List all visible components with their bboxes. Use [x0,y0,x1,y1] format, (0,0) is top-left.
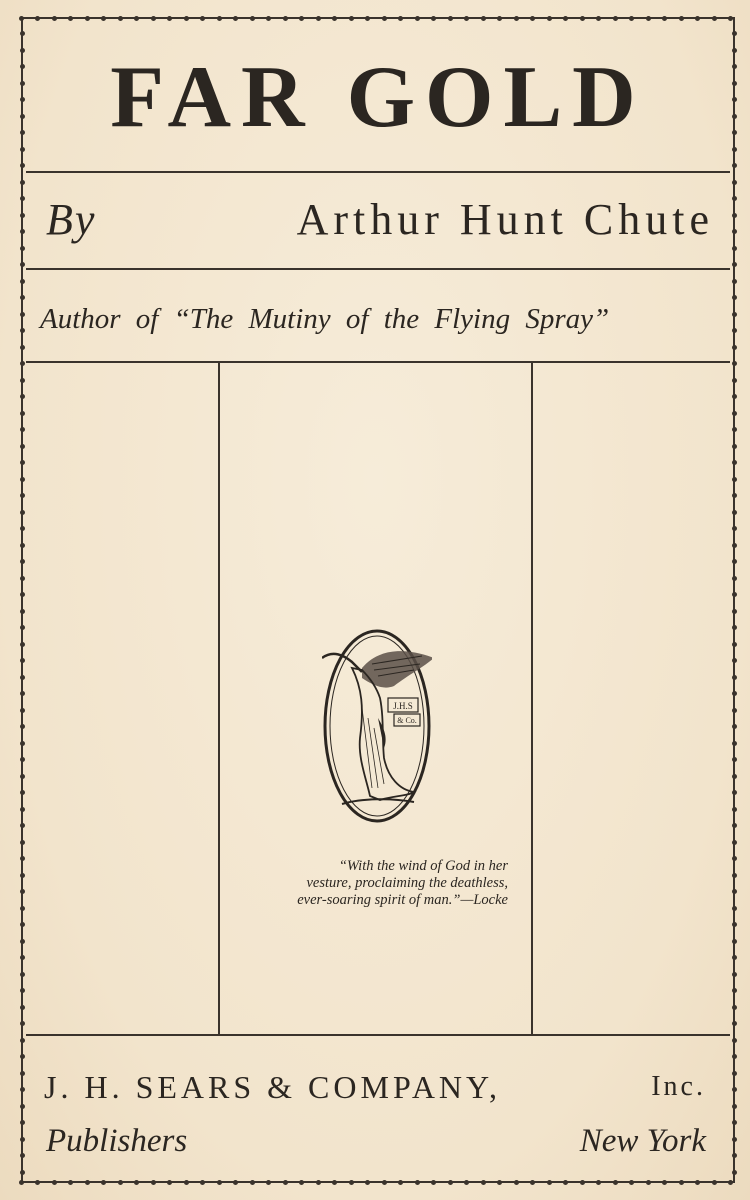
border-bead [732,1104,737,1109]
border-bead [20,493,25,498]
border-bead [20,1153,25,1158]
winged-victory-icon: J.H.S & Co. [322,628,432,824]
border-bead [695,16,700,21]
border-bead [712,1180,717,1185]
border-bead [732,625,737,630]
border-bead [20,31,25,36]
border-bead [250,16,255,21]
border-bead [365,1180,370,1185]
border-bead [217,16,222,21]
border-bead [20,427,25,432]
rule-under-byline [26,268,730,270]
border-bead [732,64,737,69]
border-bead [732,97,737,102]
border-bead [151,16,156,21]
border-bead [481,1180,486,1185]
border-bead [217,1180,222,1185]
border-bead [514,1180,519,1185]
border-bead [732,526,737,531]
border-bead [20,543,25,548]
border-bead [646,16,651,21]
border-bead [732,1005,737,1010]
border-bead [732,361,737,366]
border-bead [732,493,737,498]
border-bead [20,411,25,416]
border-bead [580,1180,585,1185]
border-bead [299,1180,304,1185]
border-bead [732,444,737,449]
border-bead [732,1087,737,1092]
border-bead [20,1054,25,1059]
border-bead [732,873,737,878]
border-bead [20,873,25,878]
border-bead [20,147,25,152]
byline: By Arthur Hunt Chute [46,190,714,250]
border-bead [266,1180,271,1185]
border-bead [20,361,25,366]
border-bead [20,856,25,861]
border-bead [497,1180,502,1185]
border-bead [613,16,618,21]
border-bead [20,64,25,69]
border-bead [233,16,238,21]
border-bead [20,625,25,630]
border-bead [728,1180,733,1185]
border-bead [695,1180,700,1185]
epigraph-line-1: “With the wind of God in her [236,858,508,875]
rule-above-panel [26,361,730,363]
border-bead [299,16,304,21]
border-bead [20,213,25,218]
epigraph-line-2: vesture, proclaiming the deathless, [236,875,508,892]
border-bead [629,16,634,21]
border-bead [134,16,139,21]
border-bead [20,840,25,845]
border-bead [20,955,25,960]
border-bead [52,16,57,21]
publisher-role: Publishers [46,1115,187,1167]
border-bead [613,1180,618,1185]
border-bead [732,31,737,36]
border-bead [20,691,25,696]
border-bead [20,922,25,927]
epigraph: “With the wind of God in her vesture, pr… [236,858,508,909]
border-bead [167,1180,172,1185]
border-bead [646,1180,651,1185]
border-bead [732,510,737,515]
border-bead [732,675,737,680]
border-bead [118,16,123,21]
border-bead [20,757,25,762]
border-bead [20,180,25,185]
border-bead [732,180,737,185]
svg-text:& Co.: & Co. [397,716,417,725]
border-bead [20,196,25,201]
publisher-company: J. H. SEARS & COMPANY, [44,1063,501,1111]
border-bead [20,526,25,531]
border-bead [732,1170,737,1175]
border-bead [732,972,737,977]
border-bead [20,262,25,267]
border-bead [732,196,737,201]
border-bead [52,1180,57,1185]
border-bead [732,691,737,696]
publisher-name: J. H. SEARS & COMPANY, Inc. [44,1063,706,1111]
svg-text:J.H.S: J.H.S [393,701,413,711]
border-bead [732,708,737,713]
border-bead [20,741,25,746]
border-bead [20,163,25,168]
border-bead [448,1180,453,1185]
border-bead [732,427,737,432]
border-bead [732,477,737,482]
border-bead [732,807,737,812]
border-bead [184,16,189,21]
border-bead [266,16,271,21]
border-bead [20,477,25,482]
border-bead [732,823,737,828]
border-bottom [21,1181,735,1183]
panel-rule-right [531,362,533,1034]
border-bead [85,16,90,21]
border-bead [732,81,737,86]
border-bead [19,16,24,21]
border-bead [332,1180,337,1185]
border-bead [349,1180,354,1185]
border-bead [283,16,288,21]
border-bead [732,774,737,779]
border-bead [35,1180,40,1185]
border-bead [316,16,321,21]
border-bead [464,16,469,21]
border-bead [20,724,25,729]
border-bead [20,1071,25,1076]
epigraph-line-3: ever-soaring spirit of man.”—Locke [236,892,508,909]
border-bead [20,592,25,597]
border-bead [200,16,205,21]
border-bead [732,1137,737,1142]
border-bead [732,856,737,861]
border-bead [732,757,737,762]
border-bead [415,1180,420,1185]
border-bead [415,16,420,21]
border-bead [200,1180,205,1185]
title-page: FAR GOLD By Arthur Hunt Chute Author of … [0,0,750,1200]
border-bead [732,279,737,284]
border-bead [20,81,25,86]
border-bead [20,1137,25,1142]
border-bead [118,1180,123,1185]
border-bead [20,328,25,333]
border-bead [431,16,436,21]
border-bead [712,16,717,21]
imprint-place-row: Publishers New York [46,1115,706,1167]
border-bead [728,16,733,21]
previous-work: Author of “The Mutiny of the Flying Spra… [40,294,714,344]
border-bead [20,609,25,614]
border-bead [563,16,568,21]
border-bead [398,1180,403,1185]
border-bead [20,312,25,317]
border-bead [20,97,25,102]
border-bead [365,16,370,21]
border-bead [732,988,737,993]
border-bead [732,889,737,894]
border-bead [679,1180,684,1185]
border-bead [732,1153,737,1158]
border-bead [732,328,737,333]
border-bead [464,1180,469,1185]
border-bead [20,510,25,515]
border-bead [101,1180,106,1185]
border-bead [20,823,25,828]
border-bead [732,559,737,564]
border-bead [732,147,737,152]
border-bead [732,213,737,218]
border-bead [732,1021,737,1026]
border-bead [732,955,737,960]
border-bead [732,246,737,251]
border-bead [732,48,737,53]
border-bead [233,1180,238,1185]
border-bead [316,1180,321,1185]
border-bead [20,295,25,300]
border-bead [732,922,737,927]
border-bead [349,16,354,21]
border-bead [732,592,737,597]
border-bead [20,790,25,795]
border-bead [732,1071,737,1076]
border-top [21,17,735,19]
border-bead [732,1038,737,1043]
border-bead [732,130,737,135]
border-bead [20,559,25,564]
border-bead [662,1180,667,1185]
publisher-suffix: Inc. [651,1063,706,1111]
rule-under-title [26,171,730,173]
border-bead [85,1180,90,1185]
border-bead [732,840,737,845]
border-bead [20,345,25,350]
border-bead [151,1180,156,1185]
border-bead [732,295,737,300]
border-bead [732,609,737,614]
border-bead [20,130,25,135]
border-bead [101,16,106,21]
publisher-emblem: J.H.S & Co. [322,628,432,824]
border-bead [629,1180,634,1185]
border-bead [732,411,737,416]
border-bead [662,16,667,21]
border-bead [382,16,387,21]
border-bead [19,1180,24,1185]
border-bead [20,972,25,977]
border-bead [732,724,737,729]
border-bead [398,16,403,21]
border-bead [732,394,737,399]
panel-rule-left [218,362,220,1034]
border-bead [20,1005,25,1010]
border-bead [732,345,737,350]
border-bead [563,1180,568,1185]
border-bead [20,576,25,581]
border-bead [68,16,73,21]
border-bead [481,16,486,21]
publisher-city: New York [580,1115,706,1167]
border-bead [547,16,552,21]
border-bead [20,988,25,993]
border-bead [382,1180,387,1185]
border-bead [732,906,737,911]
border-bead [20,394,25,399]
border-bead [20,444,25,449]
border-bead [20,1120,25,1125]
border-bead [35,16,40,21]
border-bead [20,774,25,779]
border-bead [20,229,25,234]
border-bead [732,741,737,746]
border-bead [20,807,25,812]
border-bead [732,543,737,548]
border-bead [20,279,25,284]
border-bead [134,1180,139,1185]
byline-prefix: By [46,190,96,250]
author-name: Arthur Hunt Chute [297,190,714,250]
book-title: FAR GOLD [26,48,730,148]
border-bead [732,1054,737,1059]
border-bead [20,48,25,53]
border-bead [596,16,601,21]
border-bead [514,16,519,21]
border-bead [68,1180,73,1185]
border-bead [732,312,737,317]
border-bead [431,1180,436,1185]
border-bead [732,1120,737,1125]
border-bead [20,1104,25,1109]
border-bead [20,658,25,663]
border-bead [20,1170,25,1175]
border-bead [530,16,535,21]
border-bead [20,1087,25,1092]
border-bead [184,1180,189,1185]
border-bead [20,906,25,911]
border-bead [20,114,25,119]
border-bead [732,658,737,663]
border-bead [596,1180,601,1185]
border-bead [448,16,453,21]
border-bead [20,939,25,944]
border-bead [20,1021,25,1026]
border-bead [732,460,737,465]
border-bead [547,1180,552,1185]
border-bead [732,576,737,581]
border-bead [732,163,737,168]
border-bead [20,708,25,713]
border-bead [679,16,684,21]
border-bead [580,16,585,21]
border-bead [732,939,737,944]
border-bead [530,1180,535,1185]
border-bead [283,1180,288,1185]
border-bead [167,16,172,21]
border-bead [250,1180,255,1185]
border-bead [732,378,737,383]
border-bead [20,246,25,251]
border-bead [20,642,25,647]
border-bead [732,642,737,647]
rule-above-imprint [26,1034,730,1036]
border-bead [20,889,25,894]
border-bead [732,114,737,119]
border-bead [332,16,337,21]
border-bead [20,675,25,680]
border-bead [20,460,25,465]
border-bead [20,1038,25,1043]
border-bead [20,378,25,383]
border-bead [732,790,737,795]
border-bead [732,229,737,234]
border-bead [497,16,502,21]
border-bead [732,262,737,267]
